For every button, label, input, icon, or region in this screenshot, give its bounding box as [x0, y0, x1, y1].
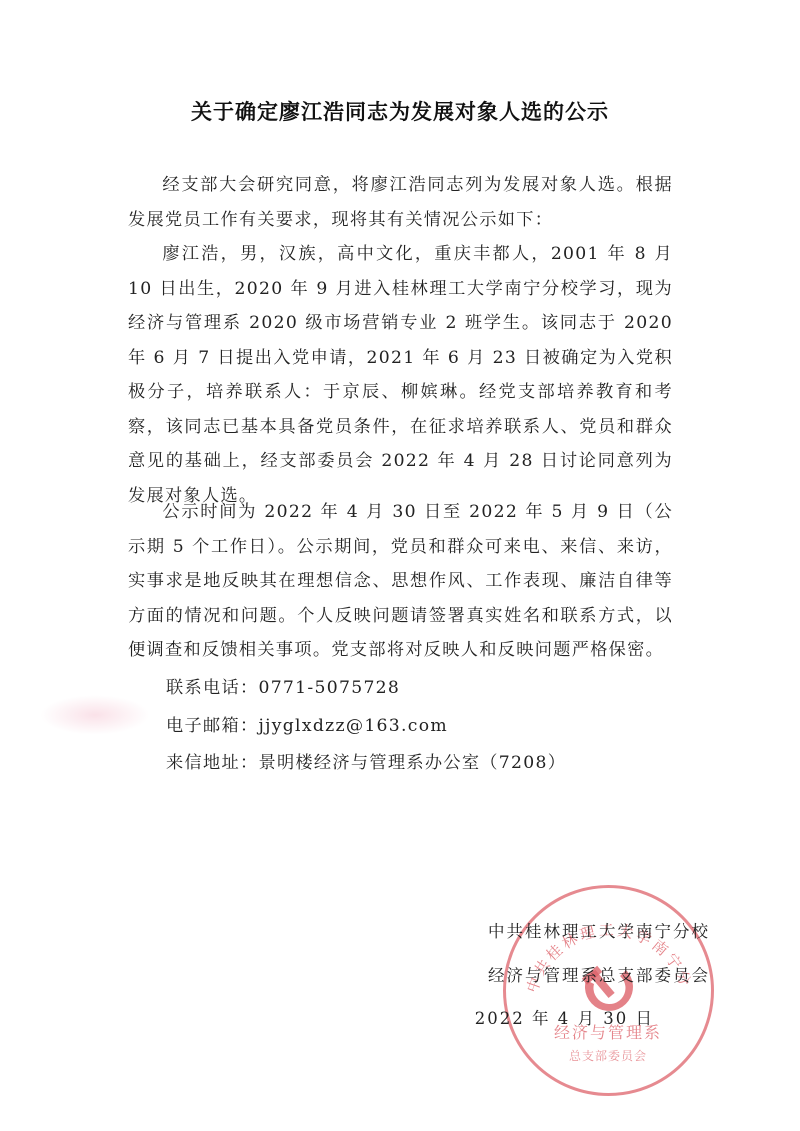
paragraph-candidate-info: 廖江浩，男，汉族，高中文化，重庆丰都人，2001 年 8 月 10 日出生，20…	[128, 237, 673, 513]
paragraph-text: 公示时间为 2022 年 4 月 30 日至 2022 年 5 月 9 日（公示…	[128, 495, 673, 668]
email-label: 电子邮箱：	[166, 716, 258, 736]
signature-date: 2022 年 4 月 30 日	[475, 1005, 654, 1029]
document-page: 关于确定廖江浩同志为发展对象人选的公示 经支部大会研究同意，将廖江浩同志列为发展…	[0, 0, 800, 1131]
paragraph-text: 廖江浩，男，汉族，高中文化，重庆丰都人，2001 年 8 月 10 日出生，20…	[128, 237, 673, 513]
document-title: 关于确定廖江浩同志为发展对象人选的公示	[0, 96, 800, 126]
signature-org-line2: 经济与管理系总支部委员会	[470, 962, 710, 986]
phone-value: 0771-5075728	[258, 678, 400, 698]
phone-label: 联系电话：	[166, 678, 258, 698]
paragraph-notice-period: 公示时间为 2022 年 4 月 30 日至 2022 年 5 月 9 日（公示…	[128, 495, 673, 668]
address-label: 来信地址：	[166, 753, 258, 773]
paragraph-text: 经支部大会研究同意，将廖江浩同志列为发展对象人选。根据发展党员工作有关要求，现将…	[128, 168, 673, 237]
contact-address: 来信地址：景明楼经济与管理系办公室（7208）	[166, 748, 566, 773]
paragraph-intro: 经支部大会研究同意，将廖江浩同志列为发展对象人选。根据发展党员工作有关要求，现将…	[128, 168, 673, 237]
signature-org-line1: 中共桂林理工大学南宁分校	[470, 918, 710, 942]
ink-smudge	[40, 695, 150, 735]
svg-text:总支部委员会: 总支部委员会	[569, 1048, 647, 1063]
address-value: 景明楼经济与管理系办公室（7208）	[258, 753, 566, 773]
official-seal-stamp: 中共桂林理工大学南宁分校 经济与管理系 总支部委员会	[503, 885, 714, 1096]
email-value: jjyglxdzz@163.com	[258, 716, 448, 736]
contact-email: 电子邮箱：jjyglxdzz@163.com	[166, 711, 448, 736]
contact-phone: 联系电话：0771-5075728	[166, 673, 400, 698]
